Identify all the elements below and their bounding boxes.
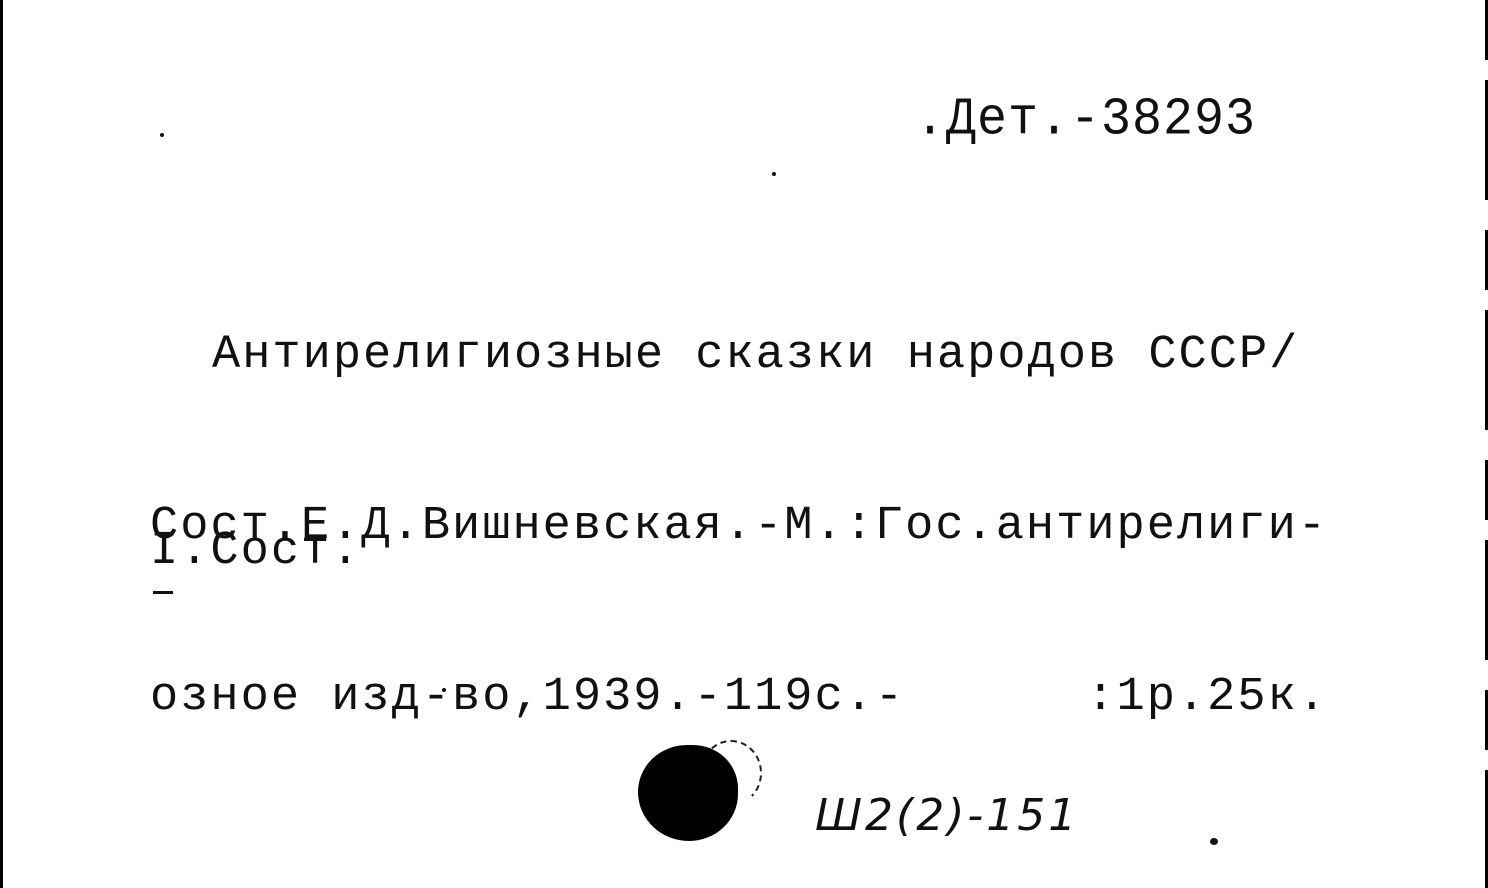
tracing: I.Сост. bbox=[150, 525, 361, 578]
shelfmark: .Дет.-38293 bbox=[915, 91, 1256, 151]
speck bbox=[160, 133, 164, 137]
speck bbox=[1210, 838, 1218, 845]
catalog-card: .Дет.-38293 Антирелигиозные сказки народ… bbox=[0, 0, 1488, 888]
punch-hole-rim bbox=[700, 740, 762, 806]
speck bbox=[772, 172, 776, 176]
classification-code: Ш2(2)-151 bbox=[815, 790, 1079, 841]
entry-line-title: Антирелигиозные сказки народов СССР/ bbox=[150, 327, 1350, 384]
tracing-mark bbox=[153, 591, 173, 594]
entry-line-publication: озное изд-во,1939.-119с.- :1р.25к. bbox=[150, 669, 1350, 726]
card-left-edge bbox=[0, 0, 3, 888]
speck bbox=[442, 688, 446, 692]
